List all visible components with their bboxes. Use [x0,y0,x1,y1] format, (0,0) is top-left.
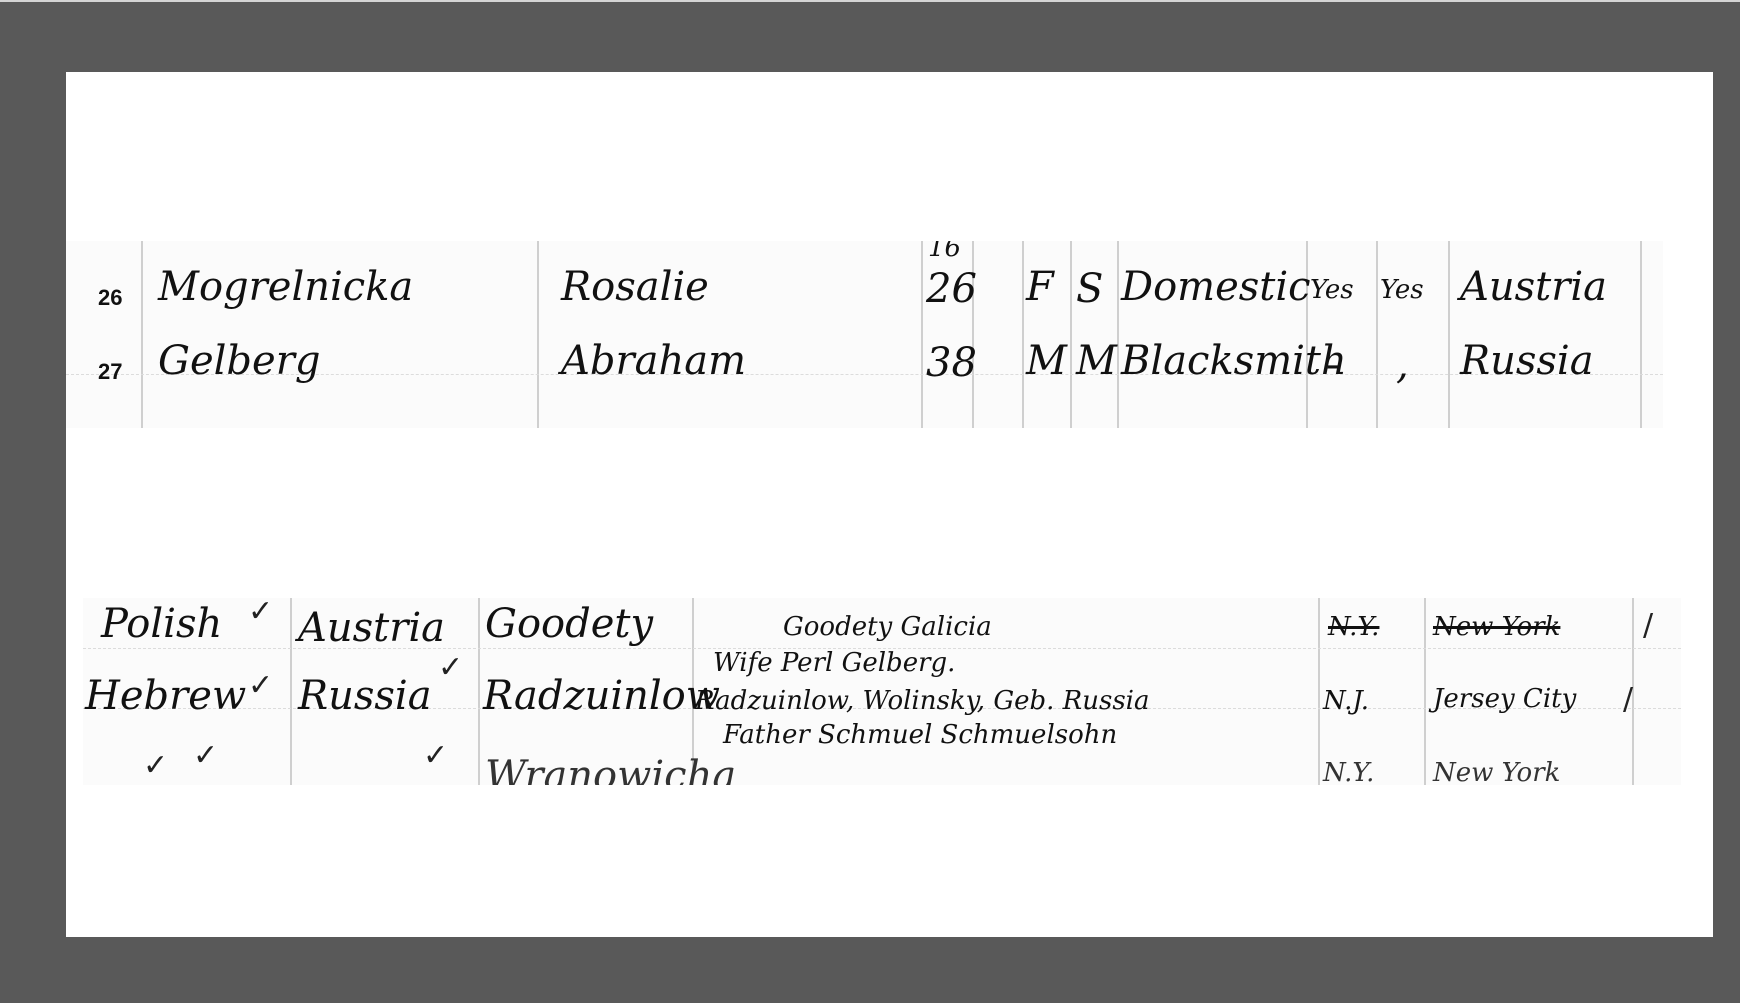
sex: M [1026,341,1067,381]
age: 38 [926,343,977,383]
relative-detail: Radzuinlow, Wolinsky, Geb. Russia [695,688,1150,714]
nationality: Austria [1460,267,1607,307]
line-number: 26 [98,285,122,311]
can-read: Yes [1310,277,1354,303]
can-write: Yes [1380,277,1424,303]
destination-city: New York [1433,760,1560,785]
destination-state: N.Y. [1328,614,1379,640]
destination-city: New York [1433,614,1560,640]
country: Austria [298,608,445,648]
given-name: Rosalie [561,267,709,307]
document-page [66,72,1713,937]
surname: Mogrelnicka [158,267,413,307]
column-rule [1424,598,1426,785]
marital-status: S [1076,269,1103,309]
check-mark-icon: ✓ [423,738,448,773]
check-mark-icon: ✓ [248,598,273,629]
can-read: - [1326,345,1340,385]
column-rule [921,241,923,428]
check-mark-icon: / [1643,608,1653,643]
relative-detail: Wife Perl Gelberg. [713,650,955,676]
check-mark-icon: ✓ [143,748,168,783]
age: 26 [926,269,977,309]
column-rule [1448,241,1450,428]
viewer-top-border [0,0,1740,2]
destination-state: N.J. [1323,688,1369,714]
can-write: , [1396,345,1409,385]
column-rule [537,241,539,428]
column-rule [141,241,143,428]
manifest-strip-top: 26 Mogrelnicka Rosalie 16 26 F S Domesti… [66,241,1663,428]
destination-city: Jersey City [1433,686,1576,712]
check-mark-icon: ✓ [193,738,218,773]
check-mark-icon: ✓ [248,668,273,703]
sex: F [1026,267,1054,307]
place-of-residence: Radzuinlow [483,676,720,716]
relative-detail: Father Schmuel Schmuelsohn [723,722,1117,748]
place-of-residence: Wranowicha [485,756,736,785]
given-name: Abraham [561,341,746,381]
destination-state: N.Y. [1323,760,1374,785]
column-rule [478,598,480,785]
surname: Gelberg [158,341,320,381]
check-mark-icon: / [1623,682,1633,717]
column-rule [1022,241,1024,428]
occupation: Domestic [1121,267,1311,307]
column-rule [1640,241,1642,428]
column-rule [290,598,292,785]
column-rule [1117,241,1119,428]
country: Russia [298,676,432,716]
age-correction: 16 [928,241,961,261]
occupation: Blacksmith [1121,341,1347,381]
race: Polish [101,604,222,644]
nationality: Russia [1460,341,1594,381]
place-of-residence: Goodety [485,604,653,644]
column-rule [1376,241,1378,428]
line-number: 27 [98,359,122,385]
manifest-strip-bottom: Polish ✓ Austria Goodety Goodety Galicia… [83,598,1681,785]
check-mark-icon: ✓ [438,650,463,685]
column-rule [1070,241,1072,428]
relative-detail: Goodety Galicia [783,614,992,640]
marital-status: M [1076,341,1117,381]
column-rule [1318,598,1320,785]
race: Hebrew [85,676,246,716]
